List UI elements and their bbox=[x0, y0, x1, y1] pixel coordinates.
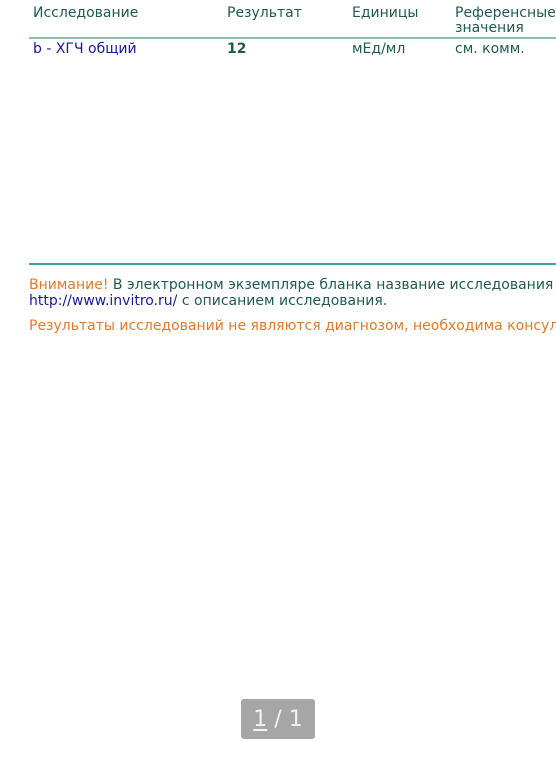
invitro-link[interactable]: http://www.invitro.ru/ bbox=[29, 293, 177, 309]
disclaimer: Результаты исследований не являются диаг… bbox=[29, 318, 556, 334]
test-units: мЕд/мл bbox=[352, 41, 405, 57]
test-result: 12 bbox=[227, 41, 246, 57]
test-name[interactable]: b - ХГЧ общий bbox=[33, 41, 137, 57]
page-indicator[interactable]: 1 / 1 bbox=[241, 699, 315, 739]
notes-divider bbox=[29, 263, 556, 265]
report-page: Исследование Результат Единицы Референсн… bbox=[0, 0, 556, 770]
link-note: http://www.invitro.ru/ с описанием иссле… bbox=[29, 293, 387, 309]
warning-note: Внимание! В электронном экземпляре бланк… bbox=[29, 277, 556, 293]
total-pages: 1 bbox=[289, 707, 303, 732]
warning-label: Внимание! bbox=[29, 277, 108, 293]
header-test: Исследование bbox=[33, 6, 138, 21]
current-page[interactable]: 1 bbox=[253, 707, 267, 732]
test-reference: см. комм. bbox=[455, 41, 525, 57]
header-result: Результат bbox=[227, 6, 302, 21]
header-units: Единицы bbox=[352, 6, 418, 21]
warning-text: В электронном экземпляре бланка название… bbox=[108, 277, 556, 293]
header-divider bbox=[29, 37, 556, 39]
header-reference: Референсные значения bbox=[455, 6, 556, 36]
